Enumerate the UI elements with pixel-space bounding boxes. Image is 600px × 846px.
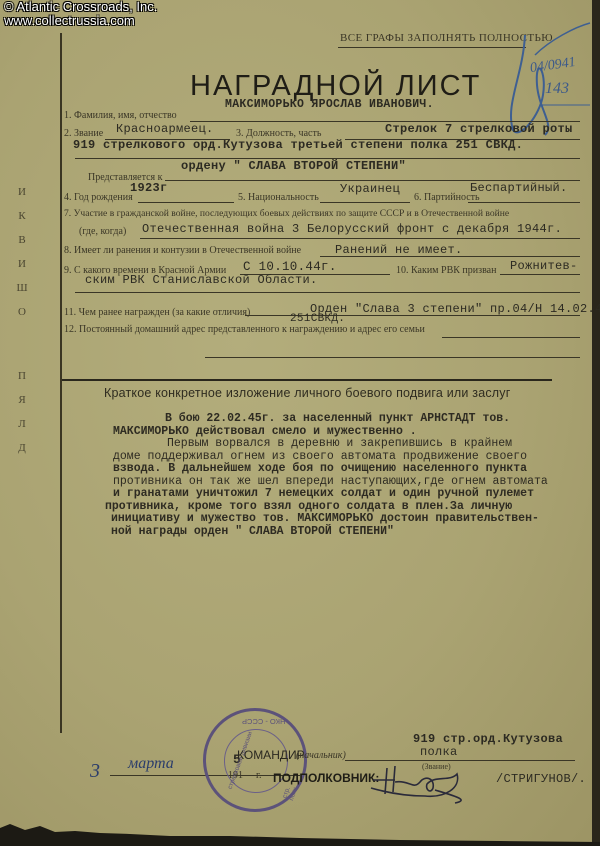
margin-rule xyxy=(60,33,62,733)
field-nationality-value: Украинец xyxy=(340,182,400,196)
field-party-value: Беспартийный. xyxy=(470,181,568,195)
field-position-value-line2: 919 стрелкового орд.Кутузова третьей сте… xyxy=(73,138,523,152)
field-wounds-label: 8. Имеет ли ранения и контузии в Отечест… xyxy=(64,245,301,256)
field-rule xyxy=(320,256,580,257)
margin-letter: Л xyxy=(14,412,30,436)
margin-letter: О xyxy=(14,300,30,324)
field-rank-value: Красноармеец. xyxy=(116,122,214,136)
field-birth-year-value: 1923г xyxy=(130,181,168,195)
field-rule xyxy=(320,202,410,203)
summary-line: ной награды орден " СЛАВА ВТОРОЙ СТЕПЕНИ… xyxy=(111,526,548,539)
field-war-participation-label: 7. Участие в гражданской войне, последую… xyxy=(64,208,509,219)
copyright-watermark: © Atlantic Crossroads, Inc. www.collectr… xyxy=(4,0,157,28)
field-rule xyxy=(468,202,580,203)
field-prior-awards-label: 11. Чем ранее награжден (за какие отличи… xyxy=(64,307,250,318)
summary-line: и гранатами уничтожил 7 немецких солдат … xyxy=(113,488,548,501)
field-rvk-value-line2: ским РВК Станиславской Области. xyxy=(85,273,318,287)
margin-letter: И xyxy=(14,180,30,204)
stamp-text-top: НКО - СССР xyxy=(242,717,285,726)
summary-heading: Краткое конкретное изложение личного бое… xyxy=(104,386,511,400)
date-day-value: 3 xyxy=(90,760,100,782)
field-rvk-label: 10. Каким РВК призван xyxy=(396,265,496,276)
field-rule xyxy=(442,337,580,338)
field-war-participation-label-line2: (где, когда) xyxy=(79,226,126,237)
chief-label: (начальник) xyxy=(296,750,346,761)
margin-letter: Д xyxy=(14,436,30,460)
signer-name: /СТРИГУНОВ/. xyxy=(496,772,586,786)
commander-rank: ПОДПОЛКОВНИК: xyxy=(273,771,379,785)
field-rule xyxy=(500,274,580,275)
field-full-name-value: МАКСИМОРЬКО ЯРОСЛАВ ИВАНОВИЧ. xyxy=(225,98,434,111)
field-wounds-value: Ранений не имеет. xyxy=(335,243,463,257)
date-month: марта xyxy=(128,755,174,773)
summary-line: взвода. В дальнейшем ходе боя по очищени… xyxy=(113,463,548,476)
commander-label: КОМАНДИР xyxy=(237,748,305,762)
presented-award-value: ордену " СЛАВА ВТОРОЙ СТЕПЕНИ" xyxy=(181,159,406,173)
field-rvk-value: Рожнитев- xyxy=(510,259,578,273)
field-position-value: Стрелок 7 стрелковой роты xyxy=(385,122,573,136)
field-birth-year-label: 4. Год рождения xyxy=(64,192,133,203)
margin-letter: Я xyxy=(14,388,30,412)
unit-name-line2: полка xyxy=(420,745,458,759)
margin-letter: Ш xyxy=(14,276,30,300)
field-rule xyxy=(205,357,580,358)
summary-line: Первым ворвался в деревню и закрепившись… xyxy=(113,438,548,451)
field-army-since-value: С 10.10.44г. xyxy=(243,260,337,274)
watermark-line-2: www.collectrussia.com xyxy=(4,14,157,28)
summary-text: В бою 22.02.45г. за населенный пункт АРН… xyxy=(113,413,548,538)
field-rule xyxy=(138,202,234,203)
torn-edge xyxy=(0,816,600,846)
margin-letter: П xyxy=(14,364,30,388)
margin-letter: В xyxy=(14,228,30,252)
section-divider xyxy=(62,379,552,381)
field-war-participation-value: Отечественная война 3 Белорусский фронт … xyxy=(142,222,562,236)
field-rule xyxy=(75,292,580,293)
margin-vertical-text: И К В И Ш О П Я Л Д xyxy=(14,180,30,460)
margin-letter: И xyxy=(14,252,30,276)
field-home-address-label: 12. Постоянный домашний адрес представле… xyxy=(64,324,425,335)
field-prior-awards-value: Орден "Слава 3 степени" пр.04/Н 14.02.45… xyxy=(310,302,600,316)
archive-sub-number: 143 xyxy=(545,80,569,98)
unit-name-line1: 919 стр.орд.Кутузова xyxy=(413,732,563,746)
watermark-line-1: © Atlantic Crossroads, Inc. xyxy=(4,0,157,14)
summary-line: В бою 22.02.45г. за населенный пункт АРН… xyxy=(113,413,548,426)
field-rule xyxy=(140,238,580,239)
field-full-name-label: 1. Фамилия, имя, отчество xyxy=(64,110,177,121)
field-nationality-label: 5. Национальность xyxy=(238,192,319,203)
date-day: 3 xyxy=(90,760,100,783)
summary-line: инициативу и мужество тов. МАКСИМОРЬКО д… xyxy=(111,513,548,526)
commander-signature xyxy=(365,760,485,805)
margin-letter: К xyxy=(14,204,30,228)
